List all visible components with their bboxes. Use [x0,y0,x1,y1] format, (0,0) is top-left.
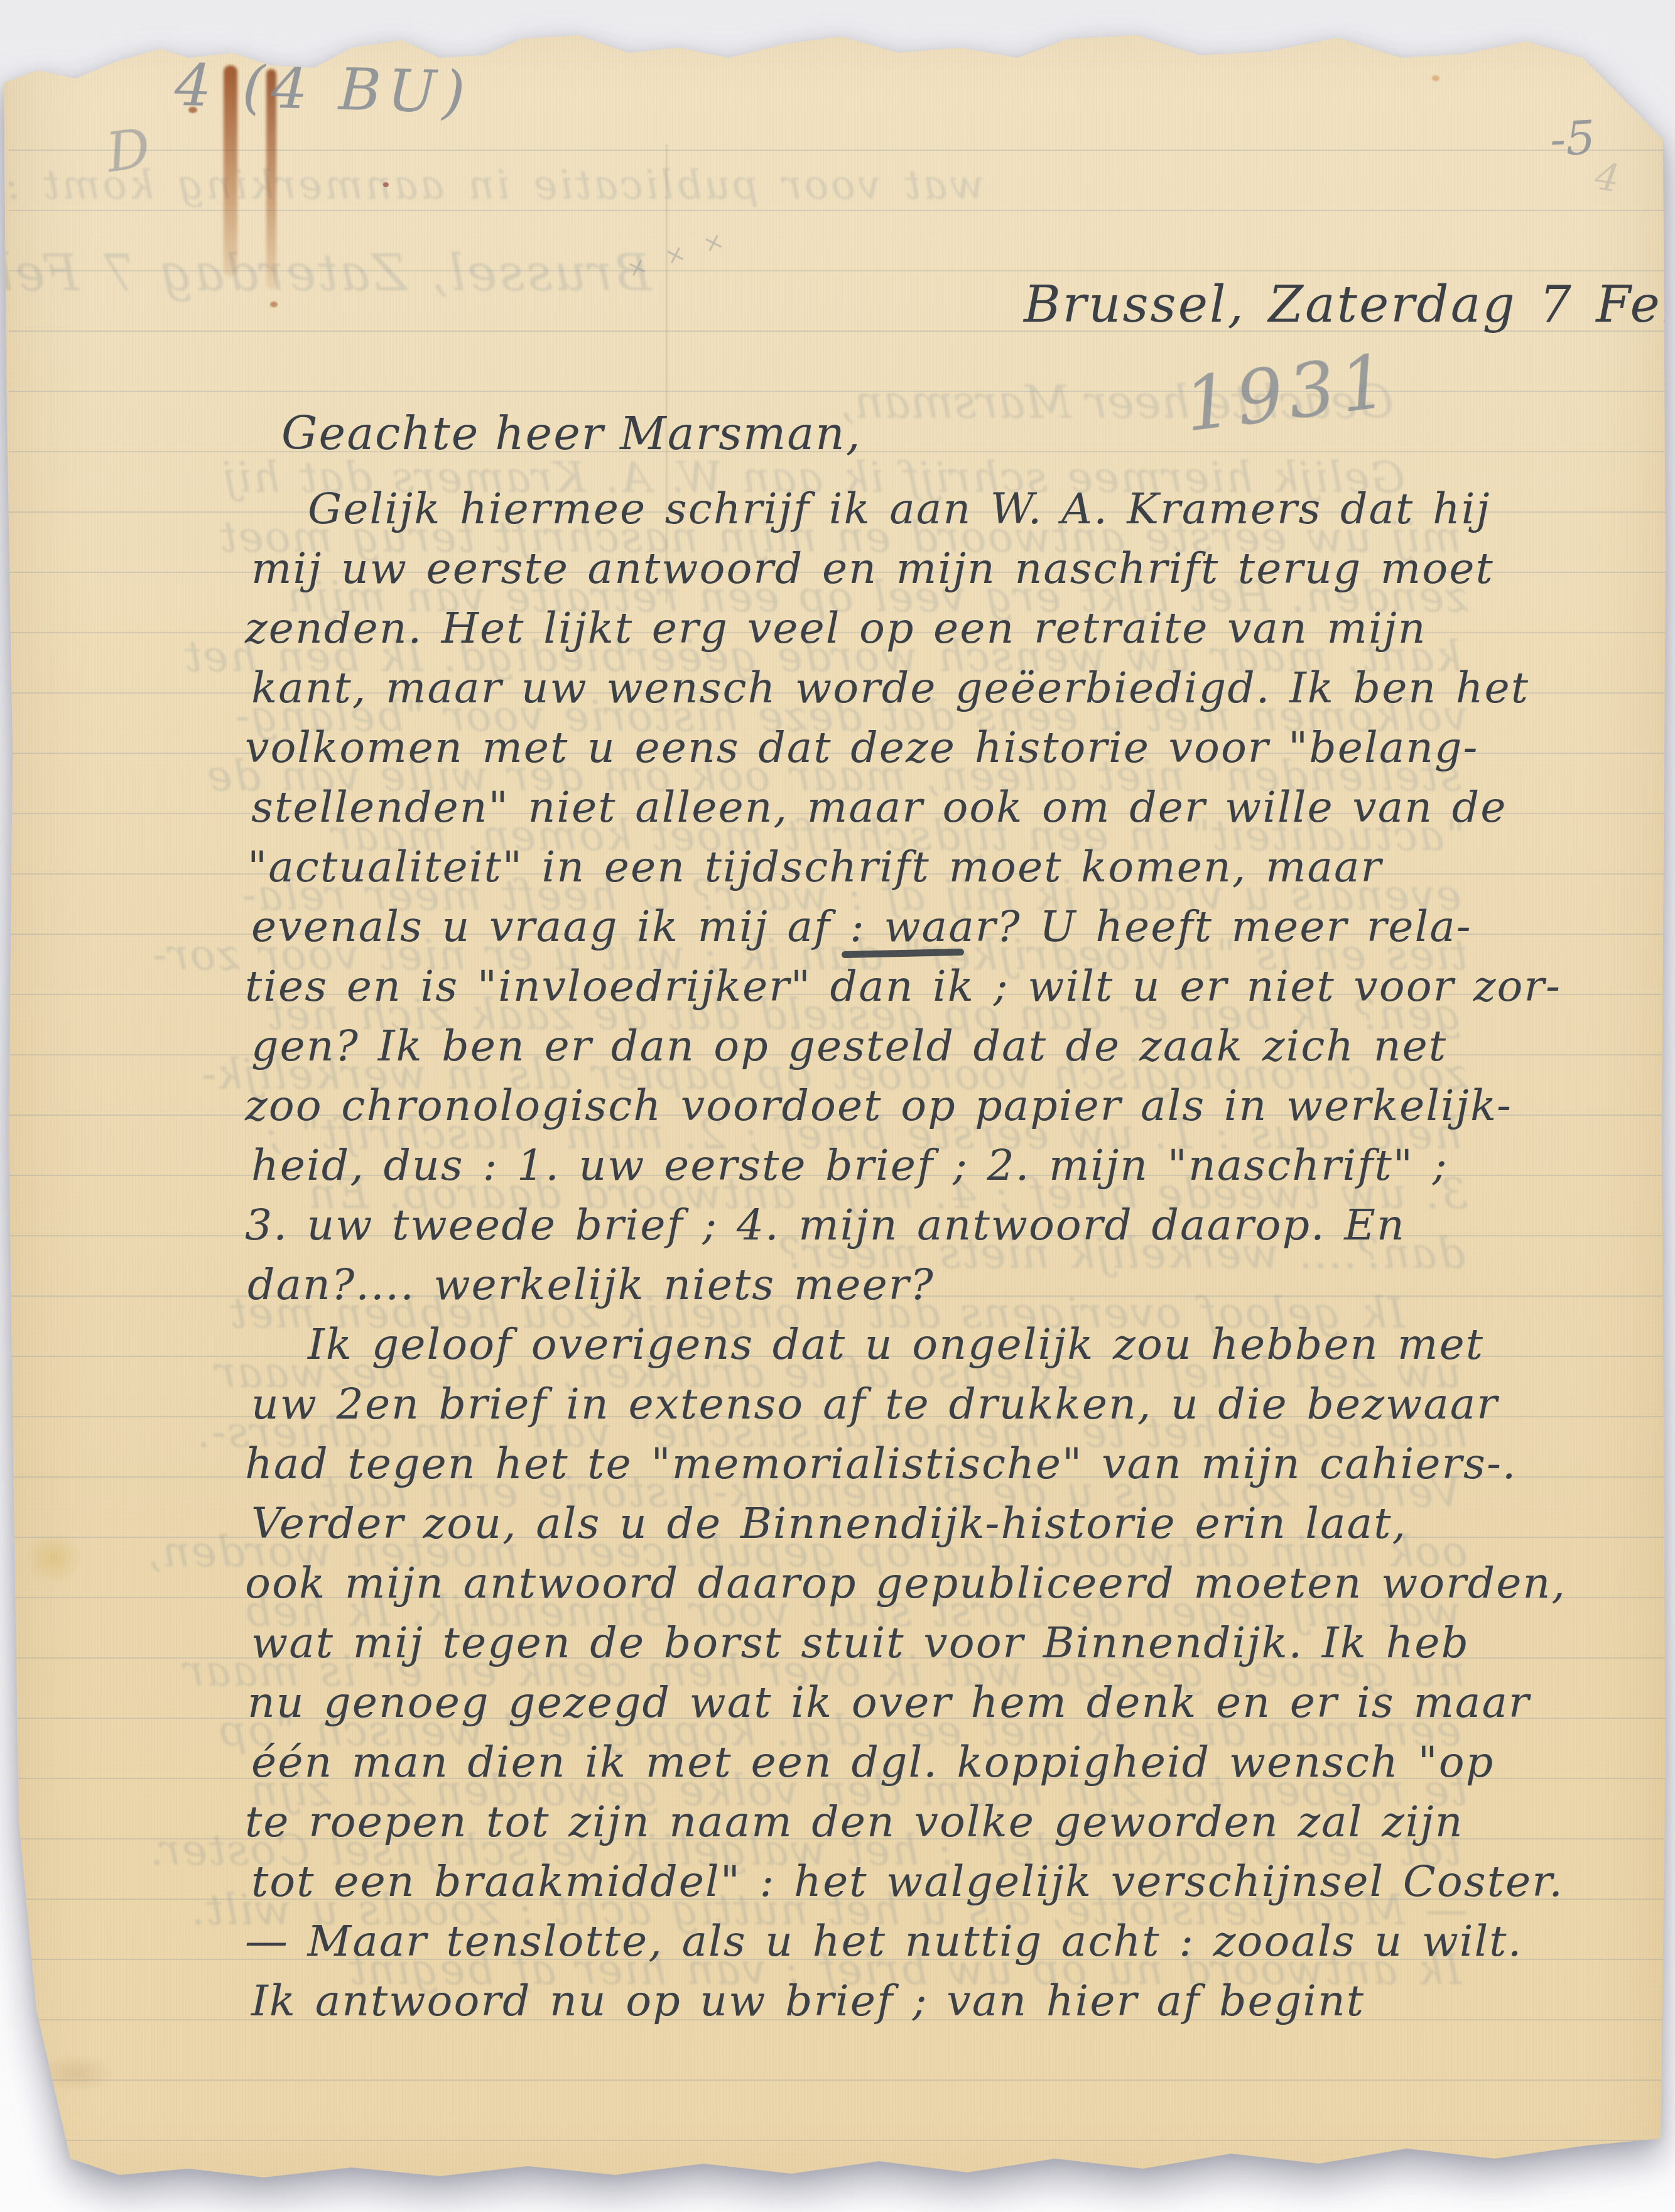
letter-line: 3. uw tweede brief ; 4. mijn antwoord da… [245,1196,1566,1255]
letter-line: één man dien ik met een dgl. koppigheid … [251,1733,1566,1792]
letter-line: kant, maar uw wensch worde geëerbiedigd.… [251,658,1566,718]
letter-line: Ik geloof overigens dat u ongelijk zou h… [308,1315,1566,1375]
handwriting-layer: Brussel, Zaterdag 7 Febr. Geachte heer M… [0,0,1675,2212]
letter-line: evenals u vraag ik mij af : waar? U heef… [251,897,1566,957]
letter-line: "actualiteit" in een tijdschrift moet ko… [247,837,1566,897]
letter-line: te roepen tot zijn naam den volke geword… [245,1792,1566,1852]
letter-line: heid, dus : 1. uw eerste brief ; 2. mijn… [251,1136,1566,1196]
letter-page: wat voor publicatie in aanmerking komt :… [0,0,1675,2212]
letter-body: Gelijk hiermee schrijf ik aan W. A. Kram… [245,479,1566,2031]
letter-line: Ik antwoord nu op uw brief ; van hier af… [251,1971,1566,2031]
letter-line: stellenden" niet alleen, maar ook om der… [251,778,1566,837]
letter-line: had tegen het te "memorialistische" van … [245,1434,1566,1494]
letter-line: gen? Ik ben er dan op gesteld dat de zaa… [251,1016,1566,1076]
letter-line: volkomen met u eens dat deze historie vo… [245,718,1566,778]
letter-line: tot een braakmiddel" : het walgelijk ver… [251,1852,1566,1912]
letter-line: ties en is "invloedrijker" dan ik ; wilt… [245,957,1566,1016]
letter-line: nu genoeg gezegd wat ik over hem denk en… [247,1673,1566,1733]
letter-line: Verder zou, als u de Binnendijk-historie… [251,1494,1566,1554]
letter-line: wat mij tegen de borst stuit voor Binnen… [251,1613,1566,1673]
letter-line: — Maar tenslotte, als u het nuttig acht … [245,1912,1566,1971]
letter-line: uw 2en brief in extenso af te drukken, u… [251,1375,1566,1434]
letter-line: mij uw eerste antwoord en mijn naschrift… [251,539,1566,599]
salutation: Geachte heer Marsman, [281,407,862,460]
letter-line: zoo chronologisch voordoet op papier als… [245,1076,1566,1136]
scan-shadow: wat voor publicatie in aanmerking komt :… [0,0,1675,2212]
letter-line: dan?.... werkelijk niets meer? [247,1255,1566,1315]
blue-ink-mark [1,2123,13,2169]
letter-line: Gelijk hiermee schrijf ik aan W. A. Kram… [308,479,1566,539]
letter-line: ook mijn antwoord daarop gepubliceerd mo… [245,1554,1566,1613]
letter-line: zenden. Het lijkt erg veel op een retrai… [245,599,1566,658]
scan-background: { "annotations": { "archive_number": "4 … [0,0,1675,2212]
dateline: Brussel, Zaterdag 7 Febr. [1024,275,1675,334]
